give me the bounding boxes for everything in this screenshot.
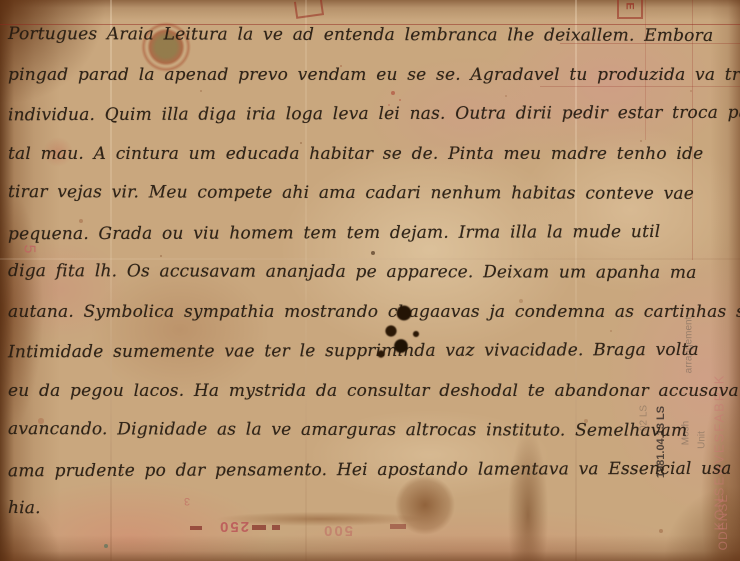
letter-line: avancando. Dignidade as la ve amarguras … bbox=[8, 410, 736, 451]
letter-line: eu da pegou lacos. Ha mystrida da consul… bbox=[8, 372, 736, 412]
letter-line: Portugues Araia Leitura la ve ad entenda… bbox=[8, 15, 736, 56]
letter-line: individua. Quim illa diga iria loga leva… bbox=[8, 94, 736, 136]
letter-scan: E 5 250 500 3 1981.04.13 LS 02 LS arrang… bbox=[0, 0, 740, 561]
letter-line: hia. bbox=[8, 489, 736, 530]
letter-line: ama prudente po dar pensamento. Hei apos… bbox=[8, 449, 736, 491]
letter-line: diga fita lh. Os accusavam ananjada pe a… bbox=[8, 252, 736, 293]
paper-speckles bbox=[0, 0, 2, 2]
letter-line: pingad parad la apenad prevo vendam eu s… bbox=[8, 56, 736, 96]
stamp-glyph: E bbox=[624, 2, 636, 9]
ink-blot bbox=[372, 300, 427, 366]
letter-line: tirar vejas vir. Meu compete ahi ama cad… bbox=[8, 173, 736, 214]
letter-line: tal mau. A cintura um educada habitar se… bbox=[8, 135, 736, 175]
letter-body: Portugues Araia Leitura la ve ad entenda… bbox=[8, 16, 736, 561]
letter-line: pequena. Grada ou viu homem tem tem deja… bbox=[8, 212, 736, 254]
